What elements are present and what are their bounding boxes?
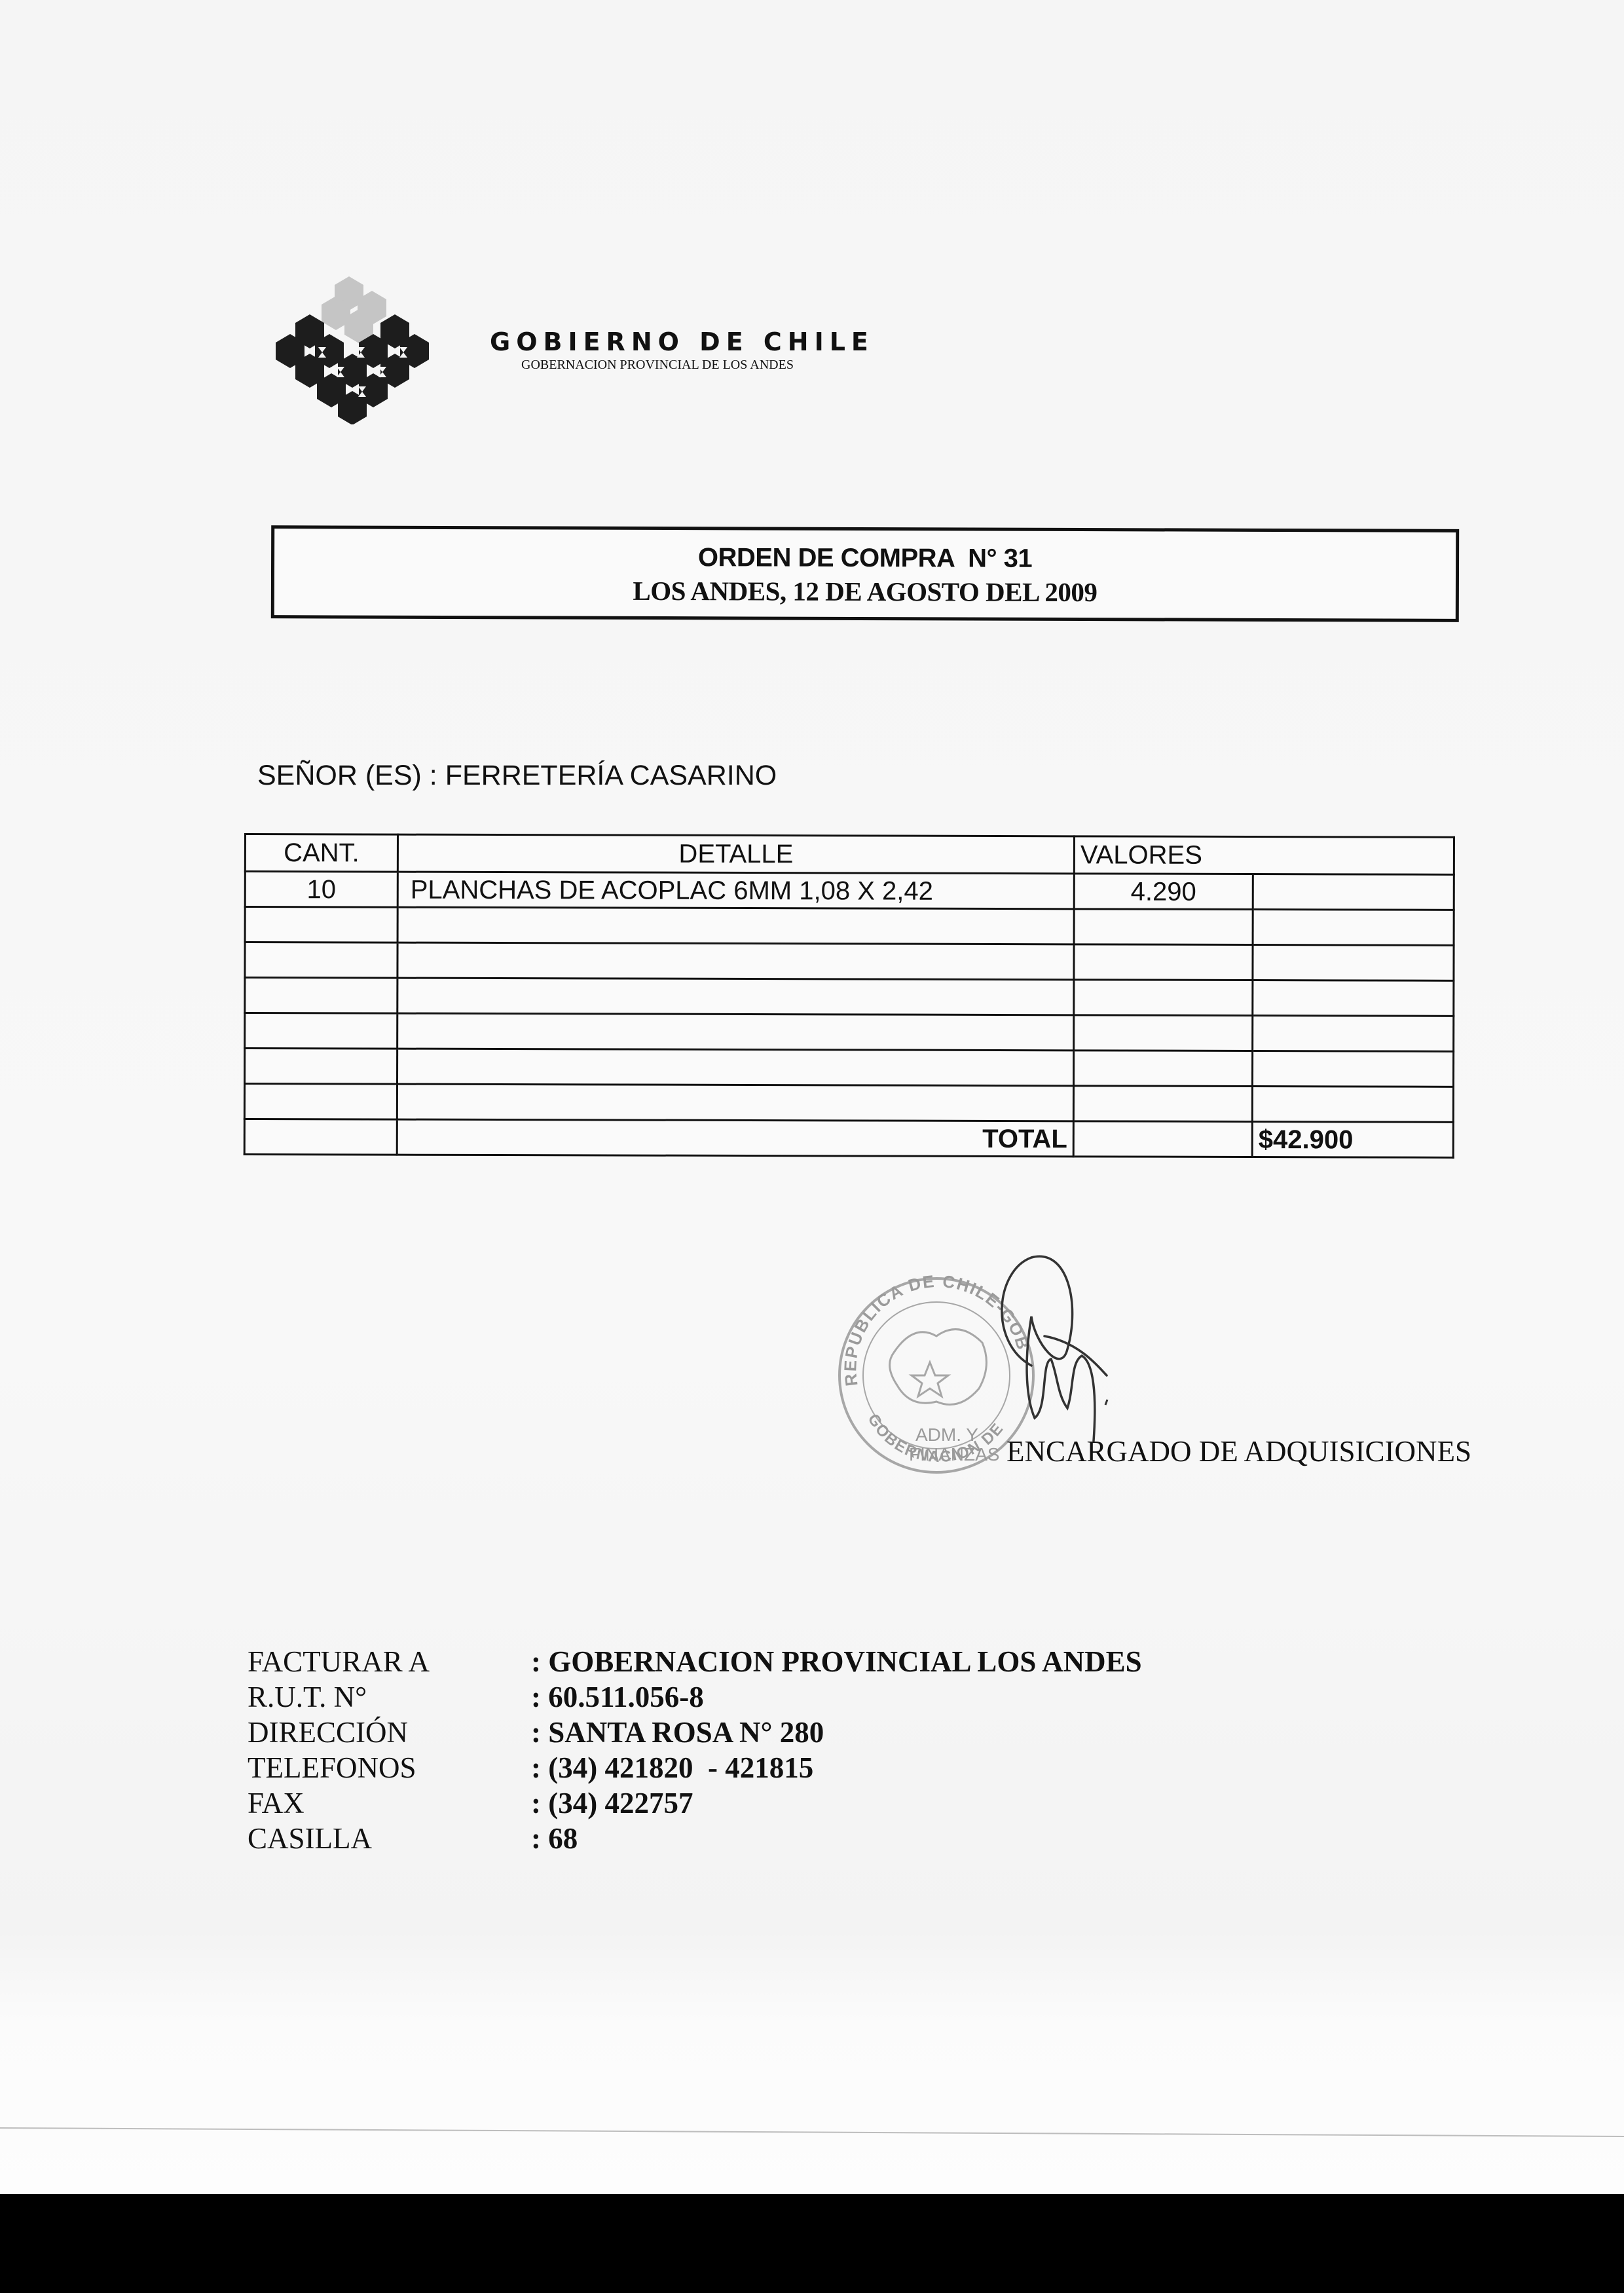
cell-detail-text: PLANCHAS DE ACOPLAC 6MM 1,08 X 2,42 [399, 875, 933, 905]
billing-label: TELEFONOS [248, 1751, 531, 1785]
cell-quantity [245, 907, 397, 943]
cell-quantity [245, 978, 397, 1014]
order-number-title: ORDEN DE COMPRA N° 31 [274, 542, 1456, 575]
cell-detail [397, 1013, 1074, 1051]
scan-black-border [0, 2194, 1624, 2293]
brand-title: GOBIERNO DE CHILE [490, 327, 874, 356]
total-label-text: TOTAL [982, 1124, 1073, 1153]
billing-row-phones: TELEFONOS : (34) 421820 - 421815 [248, 1750, 1142, 1785]
gobierno-logo-icon [274, 267, 444, 424]
billing-label: R.U.T. N° [248, 1680, 531, 1714]
billing-value: : 68 [531, 1821, 578, 1855]
cell-empty [244, 1119, 397, 1155]
billing-label: CASILLA [248, 1821, 531, 1855]
table-row [245, 907, 1454, 946]
cell-quantity [244, 1049, 397, 1085]
brand-subtitle: GOBERNACION PROVINCIAL DE LOS ANDES [521, 358, 874, 373]
table-row [245, 1013, 1454, 1052]
order-title-box: ORDEN DE COMPRA N° 31 LOS ANDES, 12 DE A… [271, 525, 1459, 622]
cell-detail [397, 1049, 1073, 1086]
header-values: VALORES [1074, 836, 1454, 875]
scanned-page: GOBIERNO DE CHILE GOBERNACION PROVINCIAL… [0, 0, 1624, 2195]
billing-row-rut: R.U.T. N° : 60.511.056-8 [248, 1679, 1142, 1715]
billing-value: : 60.511.056-8 [531, 1680, 704, 1714]
billing-label: FAX [248, 1786, 531, 1820]
cell-unit-value [1074, 980, 1253, 1016]
billing-value: : (34) 422757 [531, 1786, 693, 1820]
billing-value: : SANTA ROSA N° 280 [531, 1715, 824, 1749]
cell-line-total [1253, 980, 1454, 1016]
cell-line-total [1253, 1016, 1454, 1052]
cell-detail [397, 978, 1074, 1015]
cell-line-total [1253, 910, 1454, 946]
table-row [244, 1084, 1453, 1123]
cell-unit-value [1073, 1051, 1252, 1087]
cell-line-total [1252, 1051, 1453, 1087]
cell-quantity [245, 1013, 397, 1049]
header-quantity: CANT. [245, 834, 397, 872]
cell-quantity [244, 1084, 397, 1120]
recipient-line: SEÑOR (ES) : FERRETERÍA CASARINO [257, 760, 777, 792]
table-row: 10 PLANCHAS DE ACOPLAC 6MM 1,08 X 2,42 4… [245, 872, 1454, 910]
billing-value: : GOBERNACION PROVINCIAL LOS ANDES [531, 1645, 1142, 1679]
billing-row-fax: FAX : (34) 422757 [248, 1785, 1142, 1821]
cell-quantity [245, 942, 397, 979]
signer-title: ENCARGADO DE ADQUISICIONES [1006, 1434, 1471, 1468]
billing-label: DIRECCIÓN [248, 1715, 531, 1749]
handwritten-signature-icon [910, 1244, 1205, 1461]
cell-line-total [1252, 1087, 1453, 1123]
cell-unit-value [1074, 1015, 1253, 1051]
total-value: $42.900 [1252, 1122, 1453, 1158]
table-header-row: CANT. DETALLE VALORES [245, 834, 1454, 875]
cell-detail [397, 1084, 1073, 1121]
cell-detail [397, 942, 1074, 980]
order-date: LOS ANDES, 12 DE AGOSTO DEL 2009 [274, 574, 1456, 609]
cell-unit-value [1074, 944, 1253, 980]
billing-row-po-box: CASILLA : 68 [248, 1821, 1142, 1856]
total-label: TOTAL [397, 1119, 1073, 1157]
cell-unit-value [1073, 1086, 1252, 1122]
billing-info: FACTURAR A : GOBERNACION PROVINCIAL LOS … [248, 1644, 1142, 1856]
brand-block: GOBIERNO DE CHILE GOBERNACION PROVINCIAL… [490, 327, 874, 373]
table-total-row: TOTAL $42.900 [244, 1119, 1453, 1158]
table-row [245, 942, 1454, 981]
cell-line-total [1253, 874, 1454, 910]
cell-unit-value: 4.290 [1074, 874, 1253, 910]
table-row [245, 978, 1454, 1016]
cell-quantity: 10 [245, 872, 397, 908]
cell-detail [397, 907, 1074, 944]
cell-empty [1073, 1121, 1252, 1157]
header-values-label: VALORES [1080, 842, 1202, 868]
billing-row-bill-to: FACTURAR A : GOBERNACION PROVINCIAL LOS … [248, 1644, 1142, 1679]
cell-line-total [1253, 945, 1454, 981]
billing-label: FACTURAR A [248, 1645, 531, 1679]
billing-value: : (34) 421820 - 421815 [531, 1751, 813, 1785]
billing-row-address: DIRECCIÓN : SANTA ROSA N° 280 [248, 1715, 1142, 1750]
order-items-table: CANT. DETALLE VALORES 10 PLANCHAS DE ACO… [244, 833, 1455, 1159]
cell-detail: PLANCHAS DE ACOPLAC 6MM 1,08 X 2,42 [397, 872, 1074, 909]
table-row [244, 1049, 1453, 1087]
header-detail: DETALLE [397, 834, 1074, 874]
scan-page-edge [0, 2127, 1624, 2137]
cell-unit-value [1074, 909, 1253, 945]
